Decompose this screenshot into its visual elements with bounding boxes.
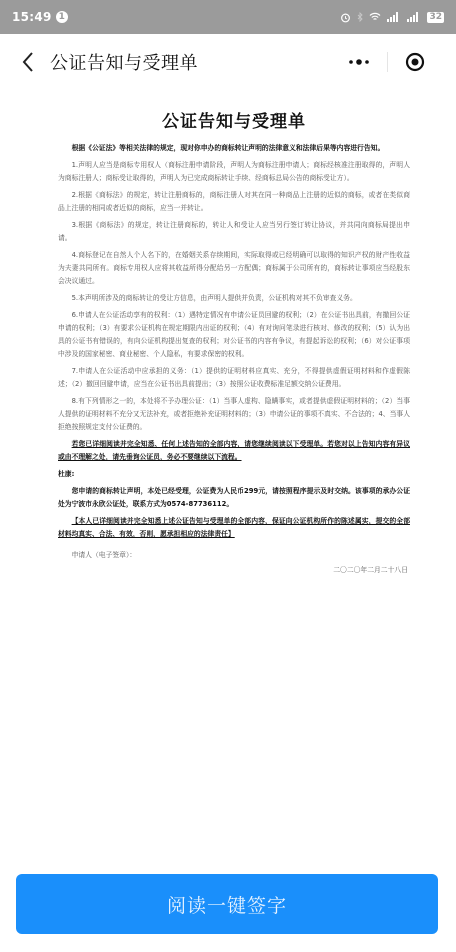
- notice-document: 公证告知与受理单 根据《公证法》等相关法律的规定，现对你申办的商标转让声明的法律…: [58, 110, 410, 577]
- nav-title: 公证告知与受理单: [50, 49, 198, 75]
- bluetooth-icon: [357, 12, 363, 23]
- status-icons: 32: [340, 12, 444, 23]
- signal-icon: [407, 12, 421, 22]
- document-warning: 若您已详细阅读并完全知悉、任何上述告知的全部内容，请您继续阅读以下受理单。若您对…: [58, 438, 410, 464]
- document-item: 3.根据《商标法》的规定，转让注册商标的，转让人和受让人应当另行签订转让协议，并…: [58, 219, 410, 245]
- section-label: 杜康:: [58, 468, 410, 481]
- battery-icon: 32: [427, 12, 444, 23]
- back-button[interactable]: [8, 42, 48, 82]
- document-title: 公证告知与受理单: [58, 110, 410, 134]
- document-intro: 根据《公证法》等相关法律的规定，现对你申办的商标转让声明的法律意义和法律后果等内…: [58, 142, 410, 155]
- document-item: 2.根据《商标法》的规定，转让注册商标的，商标注册人对其在同一种商品上注册的近似…: [58, 189, 410, 215]
- status-time: 15:49: [12, 10, 52, 24]
- alarm-icon: [340, 12, 351, 23]
- read-and-sign-button[interactable]: 阅读一键签字: [16, 874, 438, 934]
- document-item: 5.本声明所涉及的商标转让的受让方信息，由声明人提供并负责，公证机构对其不负审查…: [58, 292, 410, 305]
- document-item: 6.申请人在公证活动享有的权利：（1）遇特定情况有申请公证员回避的权利；（2）在…: [58, 309, 410, 361]
- chevron-left-icon: [21, 51, 35, 73]
- document-date: 二〇二〇年二月二十八日: [58, 564, 410, 577]
- target-close-icon: [405, 52, 425, 72]
- notification-badge: 1: [56, 11, 68, 23]
- status-bar: 15:49 1 32: [0, 0, 456, 34]
- acceptance-text: 您申请的商标转让声明，本处已经受理，公证费为人民币299元，请按照程序提示及时交…: [58, 485, 410, 511]
- document-item: 7.申请人在公证活动中应承担的义务：（1）提供的证明材料应真实、充分，不得提供虚…: [58, 365, 410, 391]
- document-item: 8.有下列情形之一的，本处将不予办理公证：（1）当事人虚构、隐瞒事实，或者提供虚…: [58, 395, 410, 434]
- more-button[interactable]: [332, 44, 387, 80]
- document-item: 4.商标登记在自然人个人名下的，在婚姻关系存续期间，实际取得或已经明确可以取得的…: [58, 249, 410, 288]
- wifi-icon: [369, 12, 381, 22]
- navigation-bar: 公证告知与受理单: [0, 34, 456, 90]
- mini-program-capsule: [332, 44, 442, 80]
- signal-icon: [387, 12, 401, 22]
- declaration-text: 【本人已详细阅读并完全知悉上述公证告知与受理单的全部内容，保证向公证机构所作的陈…: [58, 515, 410, 541]
- more-dots-icon: [348, 59, 370, 65]
- document-item: 1.声明人应当是商标专用权人（商标注册申请阶段，声明人为商标注册申请人；商标经核…: [58, 159, 410, 185]
- applicant-signature-label: 申请人（电子签章）：: [58, 549, 410, 562]
- close-mini-program-button[interactable]: [388, 44, 443, 80]
